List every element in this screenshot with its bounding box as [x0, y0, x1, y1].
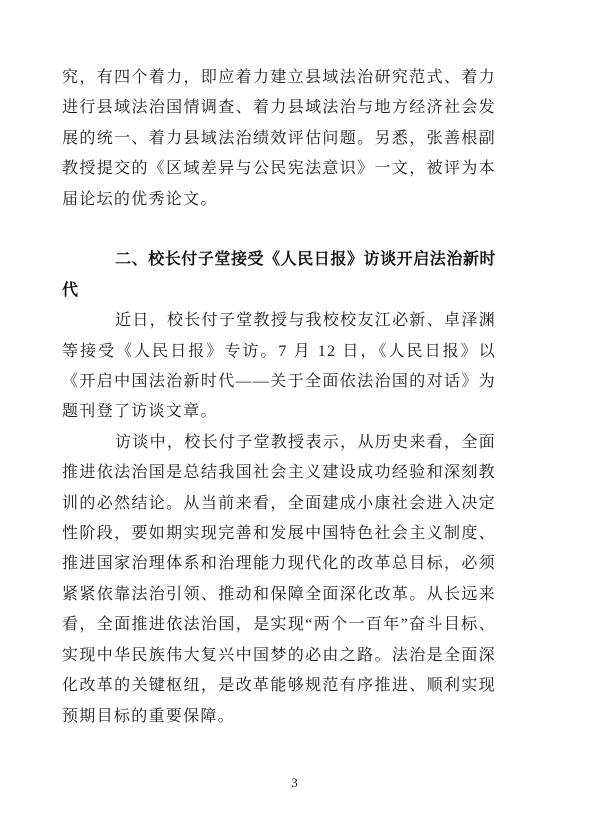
document-body: 究，有四个着力，即应着力建立县域法治研究范式、着力进行县域法治国情调查、着力县域…	[62, 63, 496, 732]
page-number: 3	[0, 775, 589, 791]
paragraph-interview-details: 访谈中，校长付子堂教授表示，从历史来看，全面推进依法治国是总结我国社会主义建设成…	[62, 428, 496, 732]
section-heading: 二、校长付子堂接受《人民日报》访谈开启法治新时代	[62, 245, 496, 306]
paragraph-interview-intro: 近日，校长付子堂教授与我校校友江必新、卓泽渊等接受《人民日报》专访。7 月 12…	[62, 306, 496, 428]
document-page: 究，有四个着力，即应着力建立县域法治研究范式、着力进行县域法治国情调查、着力县域…	[0, 0, 589, 837]
paragraph-forum-summary: 究，有四个着力，即应着力建立县域法治研究范式、着力进行县域法治国情调查、着力县域…	[62, 63, 496, 215]
